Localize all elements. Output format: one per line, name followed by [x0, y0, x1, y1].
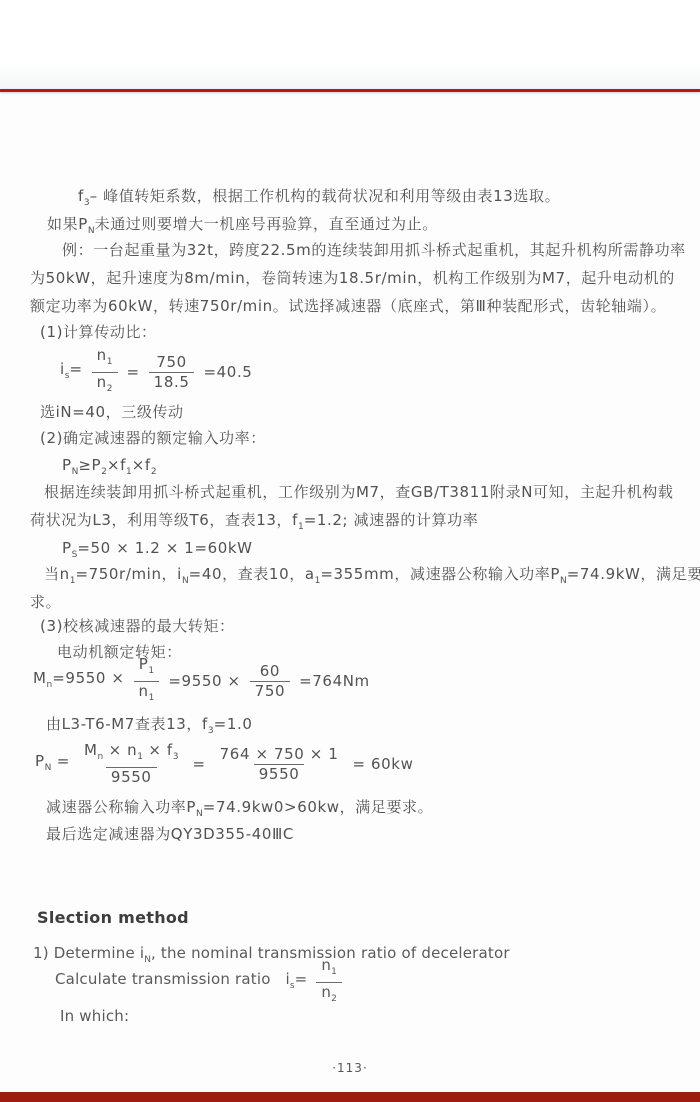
fraction-denominator: 18.5	[149, 372, 195, 391]
en-in-which-label: In which:	[60, 1006, 129, 1026]
en-section-heading: Slection method	[37, 908, 189, 928]
cn-basis-line-1: 根据连续装卸用抓斗桥式起重机，工作级别为M7，查GB/T3811附录N可知，主起…	[44, 482, 673, 502]
fraction-numerator: n1	[92, 347, 118, 372]
fraction-denominator: n1	[134, 681, 160, 707]
fraction-numerator: P1	[134, 656, 159, 681]
fraction-denominator: 750	[250, 681, 290, 700]
formula-result: = 60kw	[352, 754, 413, 774]
cn-step2-heading: (2)确定减速器的额定输入功率：	[40, 428, 266, 448]
formula-result: =40.5	[203, 362, 252, 382]
fraction-numerator: n1	[316, 957, 341, 982]
fraction-numerator: 60	[255, 663, 285, 681]
cn-line-f3-definition: f3– 峰值转矩系数，根据工作机构的载荷状况和利用等级由表13选取。	[78, 186, 560, 213]
fraction-numerator: 764 × 750 × 1	[215, 746, 344, 764]
formula-motor-torque: Mn=9550 × P1 n1 =9550 × 60 750 =764Nm	[33, 658, 379, 704]
cn-select-in-line: 选iN=40，三级传动	[40, 402, 184, 422]
cn-satisfy-line: 减速器公称输入功率PN=74.9kw0>60kw，满足要求。	[46, 797, 433, 824]
fraction-p1-over-n1: P1 n1	[134, 656, 160, 707]
equals-sign: =	[127, 362, 140, 382]
fraction-numerator: 750	[151, 354, 191, 372]
formula-result: =764Nm	[299, 671, 370, 691]
fraction-mn-n1-f3-over-9550: Mn × n1 × f3 9550	[79, 742, 184, 786]
cn-example-line-3: 额定功率为60kW，转速750r/min。试选择减速器（底座式，第Ⅲ种装配形式，…	[30, 296, 666, 316]
equals-sign: =9550 ×	[168, 671, 240, 691]
cn-final-selection-line: 最后选定减速器为QY3D355-40ⅢC	[46, 824, 294, 844]
fraction-denominator: n2	[316, 982, 341, 1008]
formula-ps-calculation: PS=50 × 1.2 × 1=60kW	[62, 538, 253, 565]
cn-step3-heading: (3)校核减速器的最大转矩：	[40, 616, 235, 636]
cn-example-line-2: 为50kW，起升速度为8m/min，卷筒转速为18.5r/min，机构工作级别为…	[30, 268, 675, 288]
cn-result-line-1: 当n1=750r/min，iN=40，查表10，a1=355mm，减速器公称输入…	[44, 564, 700, 591]
cn-example-line-1: 例：一台起重量为32t，跨度22.5m的连续装卸用抓斗桥式起重机，其起升机构所需…	[62, 240, 686, 260]
fraction-750-over-18-5: 750 18.5	[149, 354, 195, 391]
fraction-denominator: n2	[92, 372, 118, 398]
formula-transmission-ratio: is= n1 n2 = 750 18.5 =40.5	[60, 350, 261, 394]
document-page: f3– 峰值转矩系数，根据工作机构的载荷状况和利用等级由表13选取。 如果PN未…	[0, 0, 700, 1102]
cn-line-pn-retry: 如果PN未通过则要增大一机座号再验算，直至通过为止。	[47, 214, 438, 241]
en-calculate-ratio-line: Calculate transmission ratio is= n1 n2	[55, 962, 351, 1002]
bottom-red-rule	[0, 1092, 700, 1102]
formula-pn-check: PN = Mn × n1 × f3 9550 = 764 × 750 × 1 9…	[35, 740, 422, 788]
formula-lead: Calculate transmission ratio is=	[55, 969, 307, 996]
page-number: ·113·	[0, 1061, 700, 1075]
fraction-n1-over-n2: n1 n2	[92, 347, 118, 398]
fraction-n1-over-n2: n1 n2	[316, 957, 341, 1008]
fraction-denominator: 9550	[254, 764, 305, 783]
fraction-764-750-1-over-9550: 764 × 750 × 1 9550	[215, 746, 344, 783]
page-header-band	[0, 0, 700, 89]
fraction-numerator: Mn × n1 × f3	[79, 742, 184, 767]
top-red-rule	[0, 89, 700, 92]
formula-lead: is=	[60, 359, 83, 386]
cn-result-line-2: 求。	[30, 592, 61, 612]
equals-sign: =	[192, 754, 205, 774]
fraction-60-over-750: 60 750	[250, 663, 290, 700]
cn-step1-heading: (1)计算传动比：	[40, 322, 157, 342]
fraction-denominator: 9550	[106, 767, 157, 786]
formula-pn-inequality: PN≥P2×f1×f2	[62, 455, 157, 482]
cn-basis-line-2: 荷状况为L3，利用等级T6，查表13，f1=1.2; 减速器的计算功率	[30, 510, 478, 537]
cn-table13-lookup-line: 由L3-T6-M7查表13，f3=1.0	[46, 714, 252, 741]
formula-lead: PN =	[35, 751, 70, 778]
formula-lead: Mn=9550 ×	[33, 668, 125, 695]
